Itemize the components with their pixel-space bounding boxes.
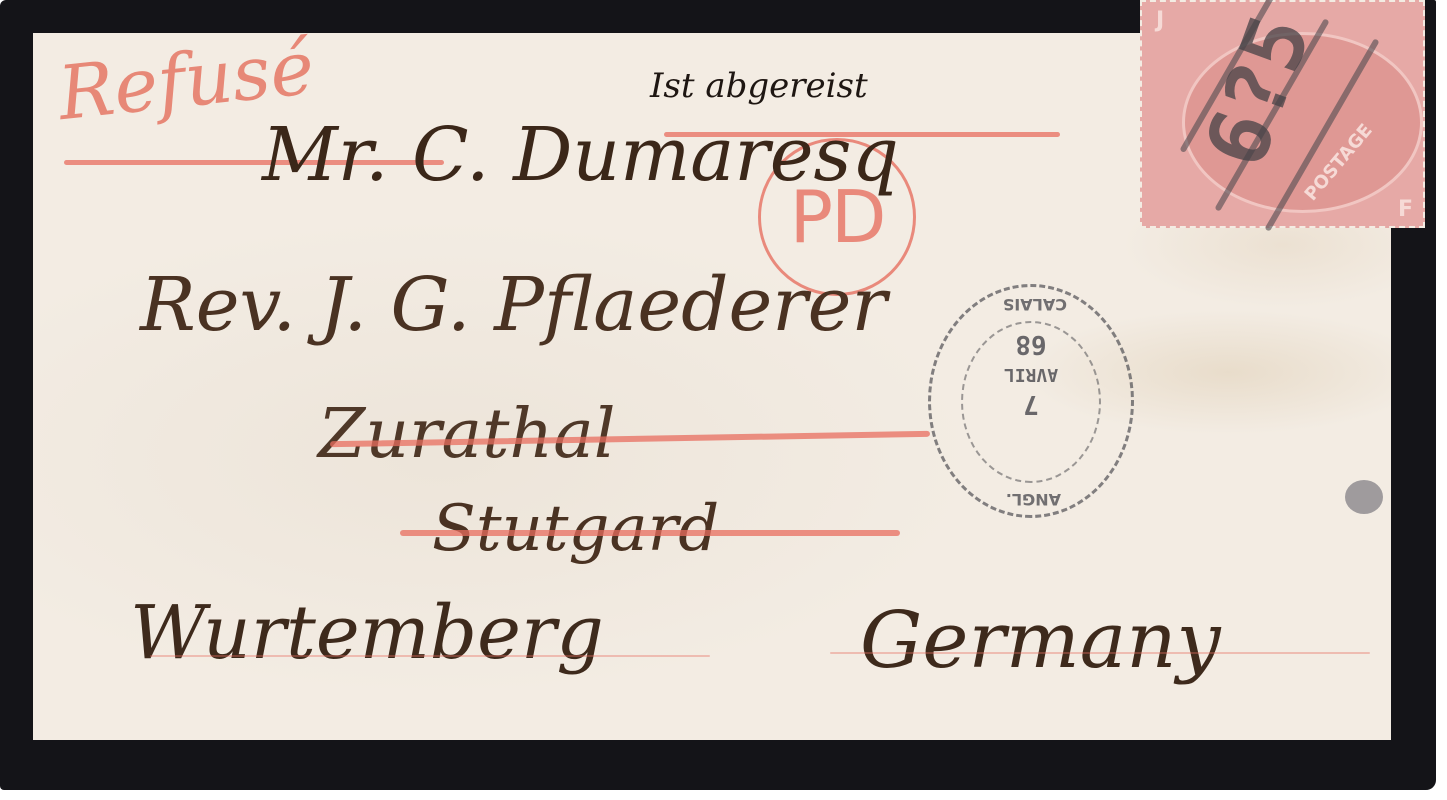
postmark-inner-ring: 7 AVRIL 68 — [961, 321, 1101, 483]
red-strike-6 — [830, 652, 1370, 654]
address-line-3: Zurathal — [318, 395, 616, 474]
postmark-month: AVRIL — [963, 359, 1099, 389]
pencil-note: Ist abgereist — [650, 66, 868, 106]
postmark-year: 68 — [963, 329, 1099, 359]
postmark-ring-bottom: CALAIS — [1003, 295, 1067, 314]
address-line-1: Mr. C. Dumaresq — [262, 112, 899, 198]
address-line-4: Stutgard — [432, 492, 719, 566]
red-strike-4 — [400, 530, 900, 536]
postmark-date: 7 AVRIL 68 — [963, 329, 1099, 419]
stamp-corner-letter-bottom: F — [1398, 197, 1413, 222]
postage-stamp: J F POSTAGE 6?5 — [1140, 0, 1425, 228]
ink-smudge — [1345, 480, 1383, 514]
address-line-5-right: Germany — [860, 596, 1221, 686]
stamp-corner-letter-top: J — [1156, 8, 1164, 33]
address-line-5-left: Wurtemberg — [130, 590, 604, 676]
address-line-2: Rev. J. G. Pflaederer — [140, 262, 887, 348]
postmark-day: 7 — [963, 389, 1099, 419]
red-strike-5 — [150, 655, 710, 657]
calais-postmark: 7 AVRIL 68 ANGL. CALAIS — [928, 284, 1134, 518]
postmark-ring-top: ANGL. — [1006, 490, 1061, 509]
